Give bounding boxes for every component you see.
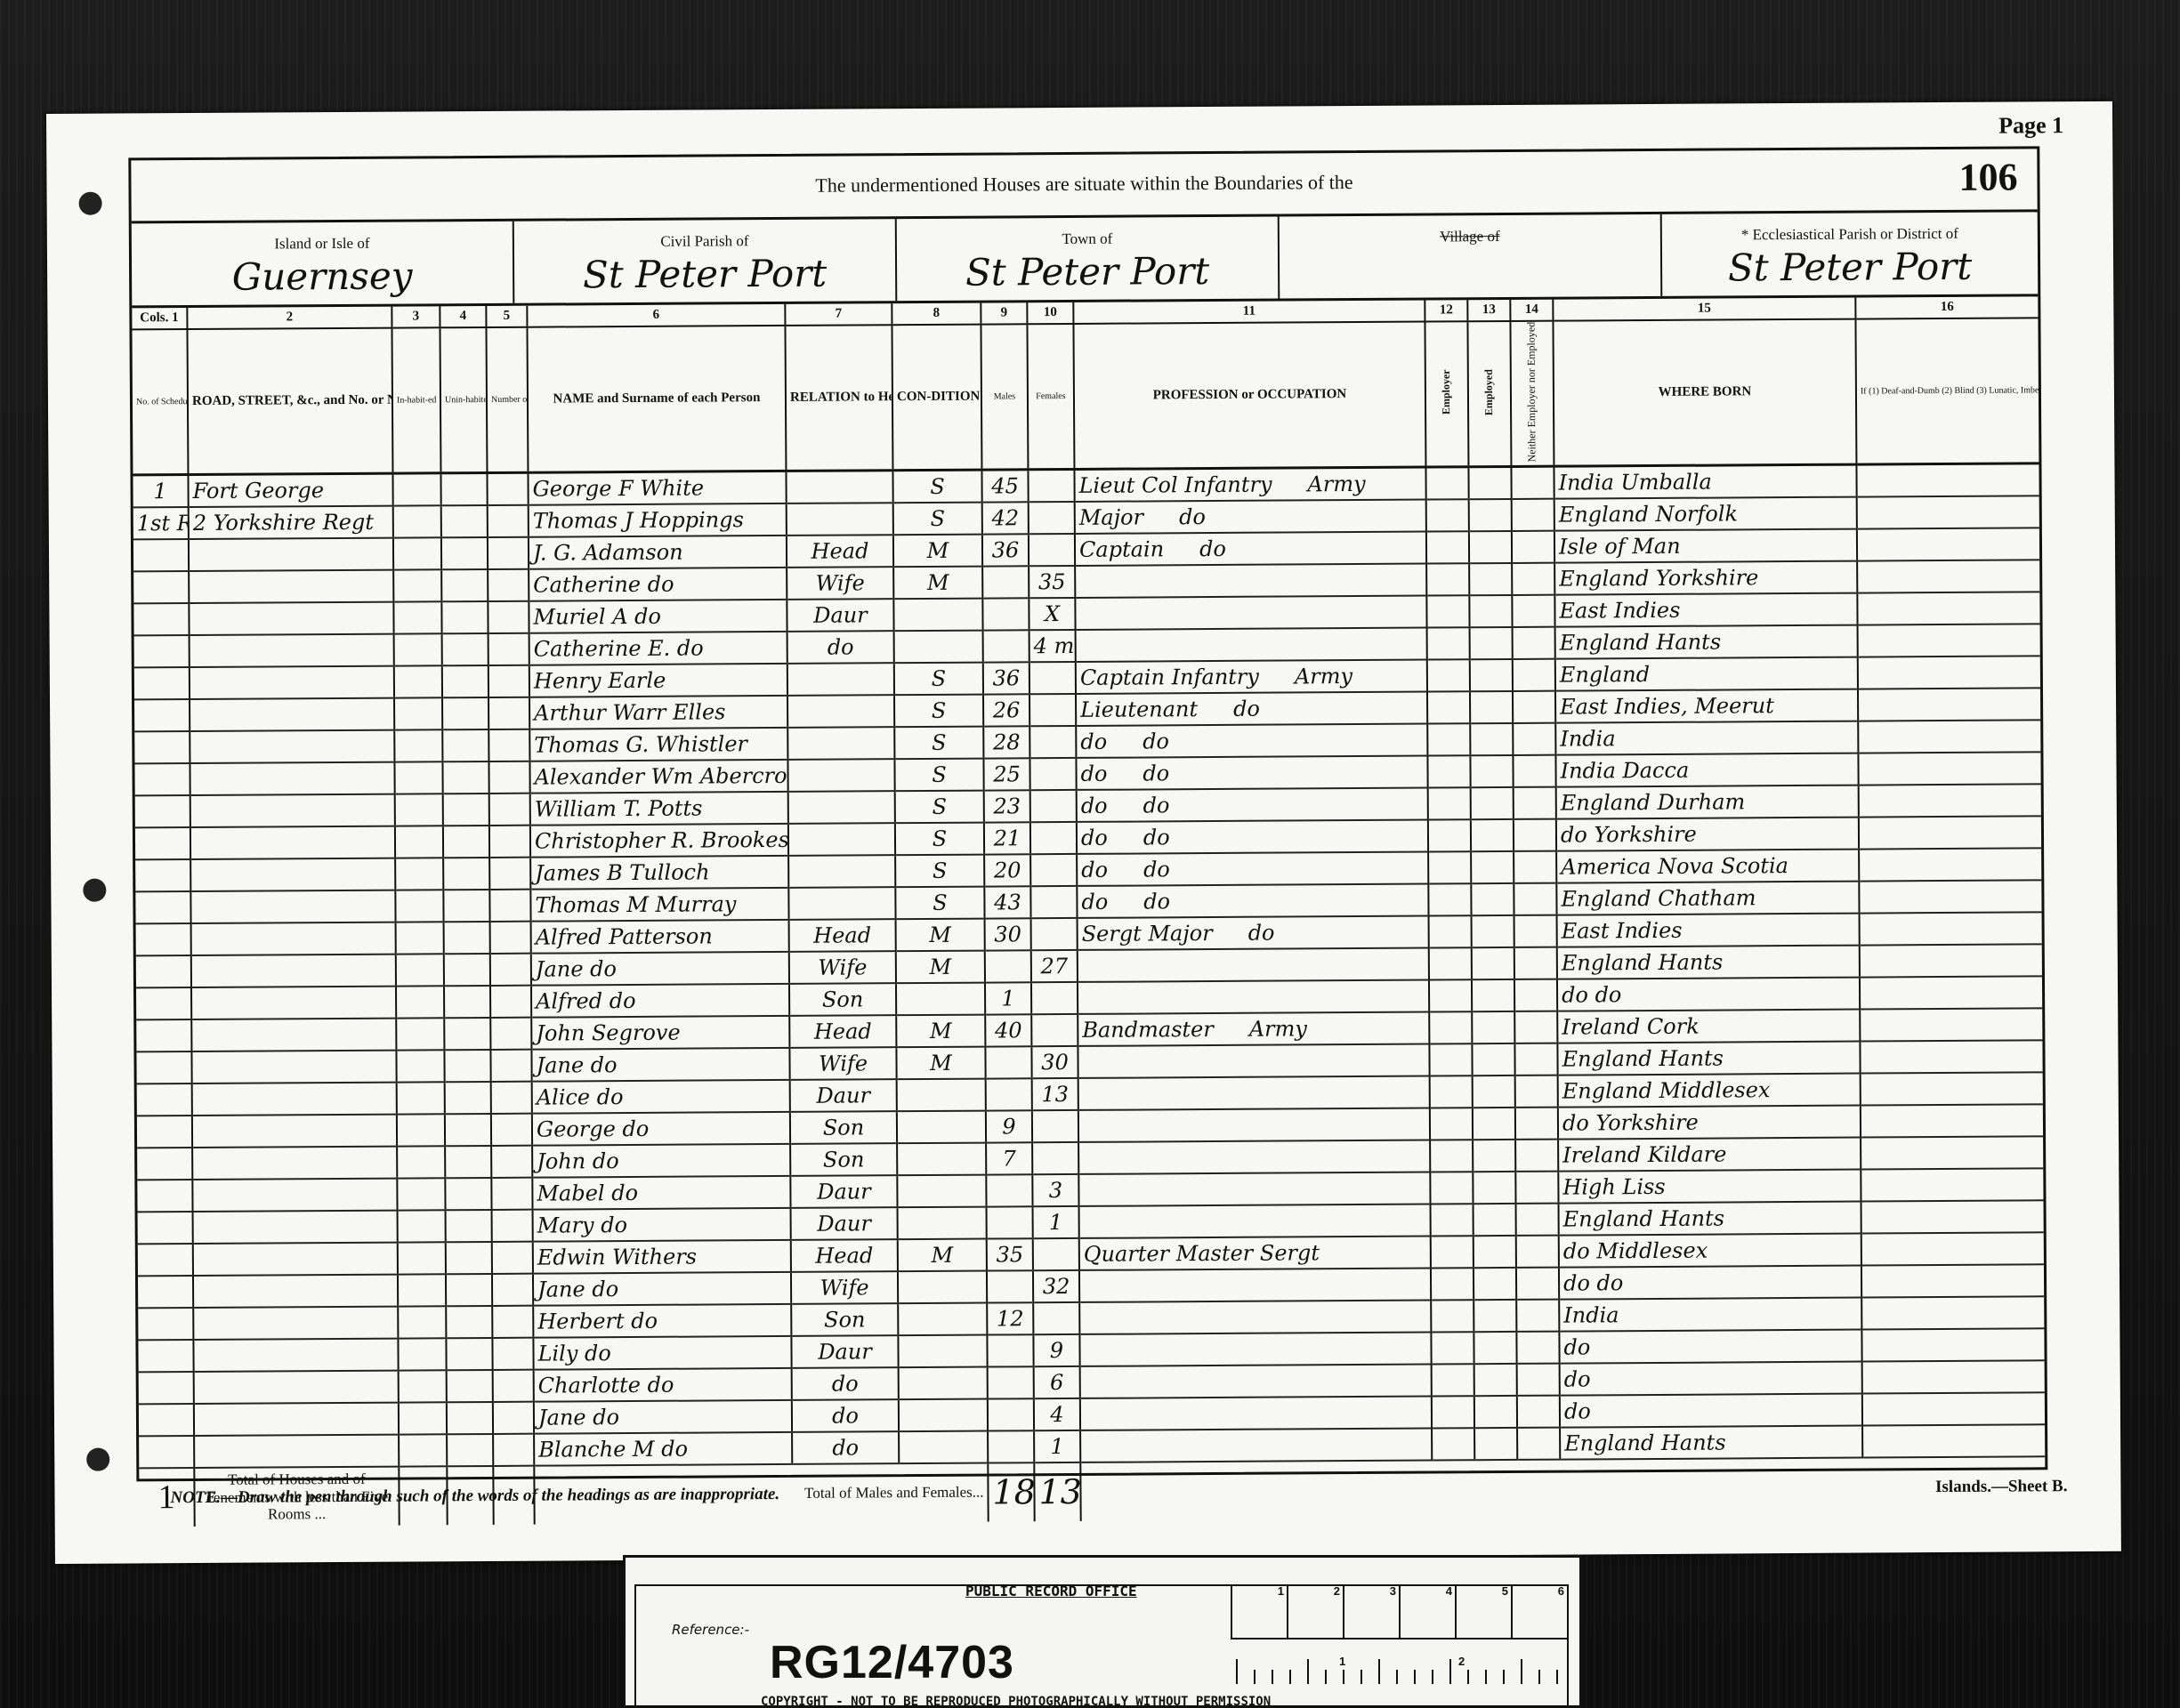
cell-name: Christopher R. Brookes xyxy=(530,824,788,858)
cell-where-born: England xyxy=(1555,657,1858,690)
cell-infirmity xyxy=(1862,1360,2045,1393)
census-form: The undermentioned Houses are situate wi… xyxy=(128,146,2047,1481)
cell-condition xyxy=(893,599,982,632)
ruler-mark: 4 xyxy=(1399,1584,1455,1638)
cell-employer xyxy=(1429,947,1472,979)
cell-employed xyxy=(1472,947,1514,979)
cell-rooms xyxy=(488,569,529,601)
cell-employed xyxy=(1471,819,1514,851)
page-label: Page 1 xyxy=(1998,112,2063,139)
cell-where-born: do Yorkshire xyxy=(1556,817,1859,850)
boundary-island: Island or Isle of Guernsey xyxy=(132,222,515,306)
boundary-ecclesiastical: * Ecclesiastical Parish or District of S… xyxy=(1662,212,2039,296)
cell-name: John Segrove xyxy=(531,1016,789,1050)
cell-age-female xyxy=(1030,854,1077,886)
cell-schedule xyxy=(134,763,190,795)
cell-infirmity xyxy=(1859,784,2041,817)
cell-infirmity xyxy=(1861,1104,2043,1137)
cell-relation: do xyxy=(792,1431,899,1464)
ruler-tick xyxy=(1307,1659,1309,1684)
cell-schedule xyxy=(136,923,191,955)
cell-infirmity xyxy=(1857,495,2039,528)
boundary-label: Island or Isle of xyxy=(132,234,513,254)
cell-condition: S xyxy=(894,695,983,728)
cell-neither xyxy=(1517,1428,1560,1460)
cell-inhabited xyxy=(395,794,443,826)
cell-road xyxy=(194,1371,399,1404)
cell-uninhabited xyxy=(446,1242,492,1274)
cell-schedule xyxy=(134,731,190,763)
cell-occupation: dodo xyxy=(1076,755,1427,789)
cell-rooms xyxy=(492,1306,533,1338)
cell-neither xyxy=(1512,595,1554,627)
header-uninhabited: Unin-habited (U.), or Building (B.) xyxy=(440,327,487,473)
cell-rooms xyxy=(488,601,529,633)
cell-neither xyxy=(1512,499,1554,531)
cell-where-born: England Hants xyxy=(1555,624,1858,658)
cell-employed xyxy=(1473,1076,1515,1108)
cell-name: Charlotte do xyxy=(534,1368,792,1402)
cell-name: Alexander Wm Abercrombie xyxy=(529,760,787,794)
cell-uninhabited xyxy=(444,954,490,986)
cell-schedule xyxy=(139,1404,194,1436)
cell-occupation-branch: do xyxy=(1142,761,1169,786)
cell-condition: M xyxy=(896,1046,985,1079)
cell-uninhabited xyxy=(446,1306,492,1338)
cell-rooms xyxy=(493,1434,534,1466)
cell-neither xyxy=(1514,947,1557,979)
cell-occupation-branch: do xyxy=(1233,697,1260,721)
cell-employed xyxy=(1472,915,1514,947)
cell-inhabited xyxy=(398,1242,446,1274)
cell-inhabited xyxy=(398,1306,446,1338)
cell-employer xyxy=(1429,1011,1472,1043)
cell-age-male xyxy=(985,950,1031,982)
cell-condition xyxy=(898,1334,987,1367)
cell-name: Catherine do xyxy=(529,568,787,601)
cell-employed xyxy=(1470,755,1513,787)
cell-employed xyxy=(1470,723,1513,755)
ruler-tick xyxy=(1449,1659,1451,1684)
cell-age-female: X xyxy=(1029,598,1075,630)
cell-neither xyxy=(1516,1236,1559,1268)
cell-schedule xyxy=(134,699,190,731)
cell-inhabited xyxy=(393,505,441,537)
header-schedule: No. of Schedule xyxy=(132,329,188,475)
cell-condition: S xyxy=(892,471,981,504)
cell-rooms xyxy=(491,1082,532,1114)
cell-employed xyxy=(1474,1396,1517,1428)
cell-schedule xyxy=(136,987,191,1019)
cell-employer xyxy=(1431,1268,1474,1300)
cell-occupation: Captain InfantryArmy xyxy=(1076,659,1427,693)
cell-where-born: England Norfolk xyxy=(1554,497,1857,531)
cell-neither xyxy=(1515,1076,1558,1108)
cell-where-born: England Middlesex xyxy=(1558,1073,1861,1107)
cell-relation: Son xyxy=(791,1303,898,1336)
cell-employer xyxy=(1432,1364,1474,1396)
ruler-mark: 6 xyxy=(1511,1584,1567,1638)
cell-where-born: East Indies xyxy=(1554,592,1857,626)
cell-inhabited xyxy=(397,1178,445,1210)
header-age-males: Males xyxy=(981,324,1028,470)
census-rows: 1Fort GeorgeGeorge F WhiteS45Lieut Col I… xyxy=(133,463,2045,1468)
cell-relation: do xyxy=(792,1367,899,1400)
cell-age-male: 40 xyxy=(985,1014,1031,1046)
cell-neither xyxy=(1517,1364,1560,1396)
cell-relation xyxy=(787,503,893,536)
cell-age-female: 3 xyxy=(1032,1174,1078,1206)
cell-name: Alice do xyxy=(532,1080,790,1114)
cell-inhabited xyxy=(395,858,443,890)
cell-condition: M xyxy=(893,535,982,568)
cell-rooms xyxy=(491,1146,532,1178)
cell-rooms xyxy=(489,858,530,890)
cell-road xyxy=(192,1115,397,1148)
cell-road: Fort George xyxy=(188,474,392,507)
cell-age-female xyxy=(1029,534,1075,566)
cell-age-male xyxy=(986,1174,1032,1206)
cell-relation xyxy=(788,823,895,856)
cell-relation xyxy=(787,663,894,696)
cell-age-female: 1 xyxy=(1034,1430,1080,1462)
cell-uninhabited xyxy=(447,1370,493,1402)
cell-neither xyxy=(1514,787,1556,819)
header-employed: Employed xyxy=(1483,369,1496,415)
cell-name: Jane do xyxy=(534,1400,792,1434)
cell-condition: S xyxy=(895,854,984,887)
cell-infirmity xyxy=(1857,528,2039,560)
cell-name: James B Tulloch xyxy=(530,856,788,890)
reference-label: Reference:- xyxy=(672,1622,749,1638)
cell-condition: S xyxy=(895,822,984,855)
cell-uninhabited xyxy=(440,473,487,505)
cell-occupation: dodo xyxy=(1077,819,1428,853)
cell-occupation xyxy=(1079,1204,1431,1237)
ruler-tick xyxy=(1485,1670,1487,1684)
cell-age-female: 35 xyxy=(1029,566,1075,598)
cell-age-female xyxy=(1029,662,1076,694)
cell-inhabited xyxy=(394,697,442,729)
column-number: 2 xyxy=(187,307,392,329)
cell-employed xyxy=(1471,851,1514,883)
cell-infirmity xyxy=(1857,592,2039,624)
column-number: 6 xyxy=(527,304,785,327)
cell-employed xyxy=(1472,1043,1514,1076)
cell-occupation-branch: Army xyxy=(1249,1016,1307,1041)
cell-occupation xyxy=(1078,1108,1430,1141)
cell-condition: M xyxy=(893,567,982,600)
cell-uninhabited xyxy=(444,1050,490,1082)
cell-rooms xyxy=(490,954,531,986)
column-number: 13 xyxy=(1467,300,1510,321)
cell-schedule xyxy=(135,827,190,859)
cell-name: Thomas G. Whistler xyxy=(529,728,787,761)
cell-schedule xyxy=(133,603,189,635)
cell-age-male: 21 xyxy=(984,822,1030,854)
cell-rooms xyxy=(487,473,528,505)
cell-relation: Wife xyxy=(789,1047,896,1080)
cell-road xyxy=(194,1403,399,1436)
cell-employer xyxy=(1426,595,1469,627)
cell-age-female xyxy=(1032,1142,1078,1174)
cell-road xyxy=(190,762,394,795)
cell-condition xyxy=(894,631,983,664)
cell-uninhabited xyxy=(441,601,488,633)
column-number: 10 xyxy=(1027,302,1073,324)
cell-rooms xyxy=(492,1210,533,1242)
cell-infirmity xyxy=(1862,1424,2045,1457)
cell-uninhabited xyxy=(447,1402,493,1434)
cell-neither xyxy=(1513,627,1555,659)
cell-employer xyxy=(1427,627,1470,659)
cell-employed xyxy=(1473,1172,1515,1204)
cell-uninhabited xyxy=(442,633,488,665)
cell-relation: Daur xyxy=(787,599,893,632)
cell-occupation: Lieutenantdo xyxy=(1076,691,1427,725)
cell-age-male xyxy=(982,598,1029,630)
header-neither: Neither Employer nor Employed xyxy=(1526,322,1539,463)
cell-age-male: 36 xyxy=(982,534,1029,566)
column-number: 12 xyxy=(1425,300,1467,321)
cell-age-female xyxy=(1031,982,1078,1014)
cell-inhabited xyxy=(396,1018,444,1050)
cell-age-female xyxy=(1031,1014,1078,1046)
total-females: 13 xyxy=(1034,1462,1080,1521)
cell-employer xyxy=(1432,1396,1474,1428)
cell-infirmity xyxy=(1858,624,2040,657)
cell-neither xyxy=(1511,467,1554,499)
cell-relation xyxy=(787,759,894,792)
cell-employed xyxy=(1473,1108,1515,1140)
cell-age-male: 26 xyxy=(983,694,1029,726)
cell-occupation xyxy=(1075,563,1426,597)
cell-rooms xyxy=(492,1242,533,1274)
punch-hole xyxy=(83,879,106,902)
cell-infirmity xyxy=(1860,944,2042,977)
cell-neither xyxy=(1513,659,1555,691)
column-number: Cols. 1 xyxy=(132,308,187,329)
cell-where-born: East Indies xyxy=(1557,913,1860,947)
cell-rooms xyxy=(490,1050,531,1082)
cell-occupation: Sergt Majordo xyxy=(1078,915,1429,949)
cell-relation: Head xyxy=(791,1239,898,1272)
cell-infirmity xyxy=(1856,463,2039,496)
cell-name: Arthur Warr Elles xyxy=(529,696,787,729)
cell-age-female xyxy=(1029,502,1075,534)
cell-infirmity xyxy=(1860,976,2042,1009)
header-rooms: Number of rooms occupied if less than fi… xyxy=(486,327,528,473)
cell-condition xyxy=(896,982,985,1015)
cell-occupation-branch: do xyxy=(1179,504,1206,529)
cell-inhabited xyxy=(396,954,444,986)
cell-neither xyxy=(1513,691,1555,723)
cell-occupation-branch: do xyxy=(1143,825,1170,850)
cell-inhabited xyxy=(394,633,442,665)
cell-employed xyxy=(1470,627,1513,659)
cell-relation xyxy=(788,855,895,888)
cell-employer xyxy=(1428,819,1471,851)
cell-relation xyxy=(786,471,892,504)
cell-age-male: 36 xyxy=(983,662,1029,694)
cell-where-born: India Dacca xyxy=(1555,753,1858,786)
cell-neither xyxy=(1514,915,1557,947)
cell-uninhabited xyxy=(442,761,488,794)
cell-employed xyxy=(1470,691,1513,723)
cell-name: Muriel A do xyxy=(529,600,787,633)
cell-uninhabited xyxy=(446,1274,492,1306)
cell-condition xyxy=(897,1078,986,1111)
cell-employed xyxy=(1469,499,1512,531)
reference-number: RG12/4703 xyxy=(770,1636,1014,1689)
boundary-value: Guernsey xyxy=(132,254,513,300)
cell-name: Jane do xyxy=(531,952,789,986)
cell-age-male xyxy=(988,1430,1034,1462)
cell-condition: S xyxy=(894,759,983,792)
cell-rooms xyxy=(492,1338,533,1370)
cell-where-born: Ireland Cork xyxy=(1557,1009,1860,1043)
copyright-notice: COPYRIGHT - NOT TO BE REPRODUCED PHOTOGR… xyxy=(761,1695,1271,1708)
cell-employer xyxy=(1427,755,1470,787)
cell-age-female: 6 xyxy=(1034,1366,1080,1398)
cell-condition xyxy=(899,1430,988,1463)
cell-age-male: 28 xyxy=(983,726,1029,758)
cell-age-female: 1 xyxy=(1033,1206,1079,1238)
cell-road xyxy=(193,1307,398,1340)
column-number: 16 xyxy=(1855,296,2038,318)
cell-employer xyxy=(1432,1428,1474,1460)
cell-occupation xyxy=(1076,627,1427,661)
header-infirmity: If (1) Deaf-and-Dumb (2) Blind (3) Lunat… xyxy=(1855,318,2039,464)
cell-where-born: England Hants xyxy=(1557,945,1860,979)
cell-road xyxy=(190,698,394,731)
cell-where-born: do xyxy=(1559,1329,1861,1363)
pro-label-inner: PUBLIC RECORD OFFICE Reference:- RG12/47… xyxy=(634,1584,1569,1708)
cell-neither xyxy=(1514,1011,1557,1043)
cell-uninhabited xyxy=(444,922,490,954)
cell-where-born: England Chatham xyxy=(1556,881,1859,914)
column-number: 5 xyxy=(486,306,527,327)
cell-schedule xyxy=(137,1180,192,1212)
cell-where-born: America Nova Scotia xyxy=(1556,849,1859,882)
cell-schedule xyxy=(138,1308,193,1340)
column-number: 14 xyxy=(1510,300,1553,321)
cell-road xyxy=(190,634,394,667)
cell-employed xyxy=(1471,883,1514,915)
header-inhabited: In-habit-ed xyxy=(392,327,440,473)
cell-uninhabited xyxy=(443,826,489,858)
cell-employer xyxy=(1427,691,1470,723)
form-title: The undermentioned Houses are situate wi… xyxy=(131,166,2037,201)
cell-age-male xyxy=(985,1046,1031,1078)
totals-blank xyxy=(1080,1456,2045,1521)
cell-rooms xyxy=(493,1370,534,1402)
cell-uninhabited xyxy=(444,1018,490,1050)
cell-where-born: do xyxy=(1560,1393,1862,1427)
cell-employer xyxy=(1425,467,1468,499)
cell-schedule xyxy=(136,955,191,987)
cell-road xyxy=(190,666,394,699)
cell-neither xyxy=(1512,563,1554,595)
cell-age-female xyxy=(1030,790,1077,822)
cell-uninhabited xyxy=(442,697,488,729)
column-number: 15 xyxy=(1553,298,1855,321)
ruler-tick xyxy=(1325,1670,1327,1684)
cell-schedule xyxy=(135,795,190,827)
cell-where-born: England Yorkshire xyxy=(1554,560,1857,594)
cell-age-male: 35 xyxy=(987,1238,1033,1270)
cell-neither xyxy=(1513,723,1555,755)
cell-employer xyxy=(1429,915,1472,947)
cell-employed xyxy=(1474,1268,1516,1300)
cell-schedule xyxy=(139,1436,194,1468)
cell-condition xyxy=(897,1174,986,1207)
cell-name: Mabel do xyxy=(532,1176,790,1210)
boundary-civil-parish: Civil Parish of St Peter Port xyxy=(514,219,898,303)
ruler-tick xyxy=(1343,1670,1344,1684)
cell-condition xyxy=(899,1398,988,1431)
cell-neither xyxy=(1516,1300,1559,1332)
cell-infirmity xyxy=(1859,880,2041,913)
header-road: ROAD, STREET, &c., and No. or NAME of HO… xyxy=(187,328,392,475)
cell-inhabited xyxy=(392,473,440,505)
pro-office-title: PUBLIC RECORD OFFICE xyxy=(965,1583,1137,1599)
boundary-label: * Ecclesiastical Parish or District of xyxy=(1662,224,2038,245)
cell-road xyxy=(192,1083,397,1116)
cell-name: Thomas M Murray xyxy=(530,888,788,922)
cell-condition xyxy=(897,1142,986,1175)
cell-age-female xyxy=(1029,694,1076,726)
cell-schedule xyxy=(137,1148,192,1180)
cell-inhabited xyxy=(396,922,444,954)
cell-rooms xyxy=(491,1114,532,1146)
cell-uninhabited xyxy=(442,729,488,761)
cell-age-female xyxy=(1029,758,1076,790)
ruler-mark: 3 xyxy=(1343,1584,1399,1638)
cell-name: Catherine E. do xyxy=(529,632,787,665)
cell-employed xyxy=(1474,1300,1516,1332)
cell-where-born: India xyxy=(1555,721,1858,754)
cell-neither xyxy=(1514,979,1557,1011)
cell-inhabited xyxy=(393,601,441,633)
header-occupation: PROFESSION or OCCUPATION xyxy=(1073,322,1425,470)
census-table: Cols. 1 2 3 4 5 6 7 8 9 10 11 12 13 14 1… xyxy=(132,296,2045,1527)
cell-occupation-branch: do xyxy=(1143,857,1170,882)
cell-road xyxy=(193,1339,398,1372)
cell-name: Jane do xyxy=(533,1272,791,1306)
cell-uninhabited xyxy=(443,890,489,922)
cell-uninhabited xyxy=(444,986,490,1018)
cell-age-female: 4 m xyxy=(1029,630,1076,662)
column-number: 11 xyxy=(1073,301,1425,324)
cell-schedule xyxy=(134,667,190,699)
cell-uninhabited xyxy=(441,505,488,537)
cell-inhabited xyxy=(399,1402,447,1434)
cell-age-female: 4 xyxy=(1034,1398,1080,1430)
cell-rooms xyxy=(490,922,531,954)
ruler-tick xyxy=(1378,1659,1380,1684)
cell-relation: Wife xyxy=(791,1271,898,1304)
scale-ruler: 1 2 3 4 5 6 1 2 xyxy=(1231,1584,1567,1682)
cell-inhabited xyxy=(393,537,441,569)
cell-rooms xyxy=(492,1274,533,1306)
cell-inhabited xyxy=(398,1274,446,1306)
cell-relation: Daur xyxy=(790,1079,897,1112)
cell-road xyxy=(190,794,395,827)
cell-age-male: 25 xyxy=(983,758,1029,790)
cell-condition: M xyxy=(898,1238,987,1271)
ruler-tick xyxy=(1521,1659,1522,1684)
